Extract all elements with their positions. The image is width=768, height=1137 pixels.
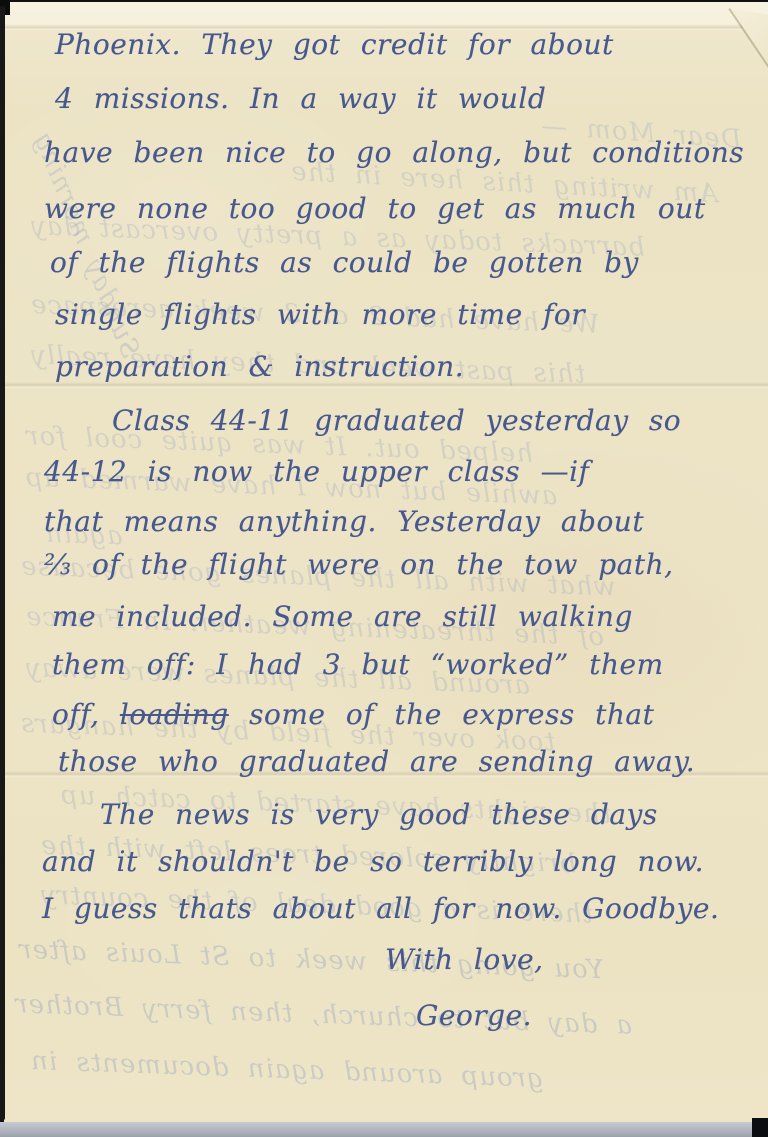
fold-crease-upper-third	[4, 382, 768, 389]
scan-edge-top	[0, 0, 768, 2]
paper-top-light-band	[4, 2, 768, 27]
folded-corner	[728, 0, 768, 66]
scanned-letter-page: Sunday morningDear Mom —Am writing this …	[0, 0, 768, 1137]
scan-edge-left	[0, 6, 5, 1120]
fold-crease-lower-third	[4, 771, 768, 778]
scan-corner-bottom-right	[752, 1118, 768, 1137]
letter-paper	[4, 2, 768, 1122]
scanner-bed-strip	[0, 1122, 768, 1137]
